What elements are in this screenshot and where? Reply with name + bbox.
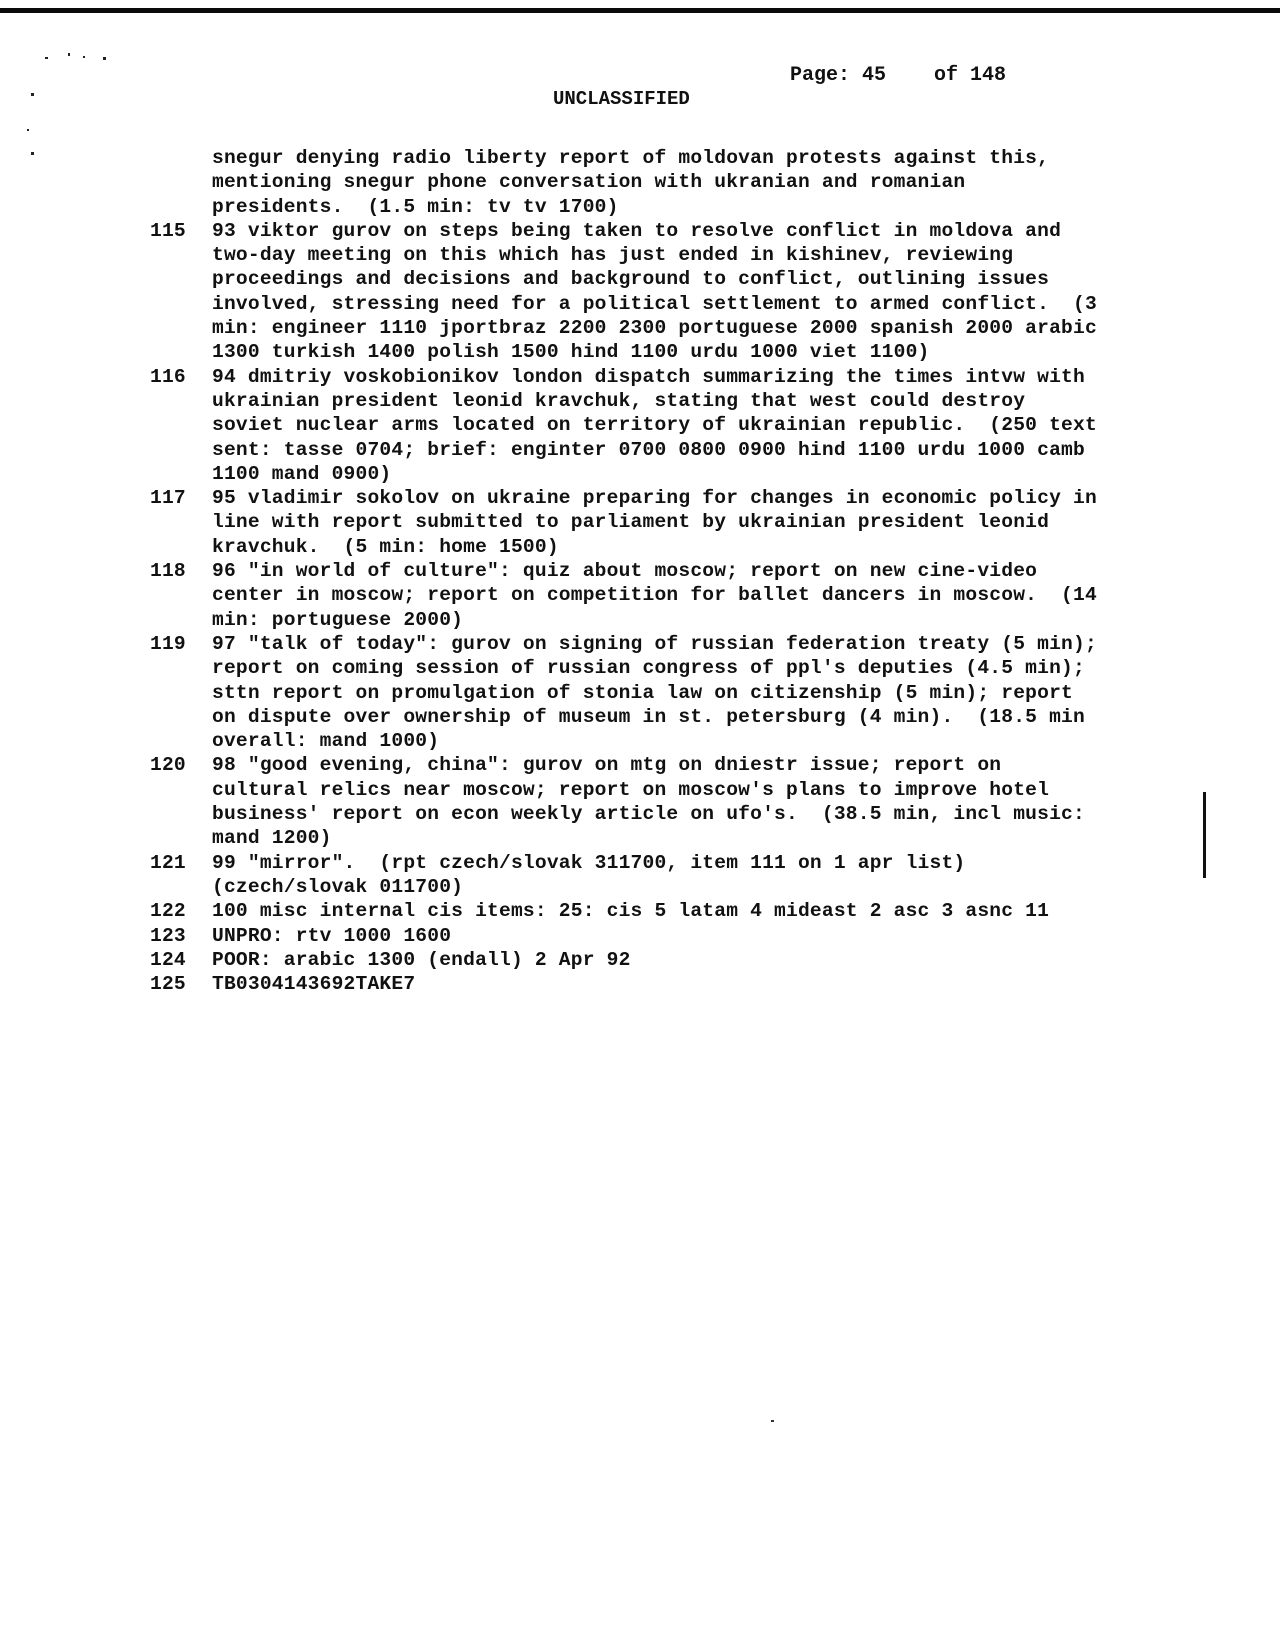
document-line: 125TB0304143692TAKE7 (150, 972, 1200, 996)
line-text: cultural relics near moscow; report on m… (212, 778, 1200, 802)
line-number (150, 535, 212, 559)
line-text: soviet nuclear arms located on territory… (212, 413, 1200, 437)
line-text: ukrainian president leonid kravchuk, sta… (212, 389, 1200, 413)
line-number (150, 583, 212, 607)
document-line: sttn report on promulgation of stonia la… (150, 681, 1200, 705)
page-number: Page: 45 (790, 64, 886, 87)
line-text: report on coming session of russian cong… (212, 656, 1200, 680)
line-text: 1300 turkish 1400 polish 1500 hind 1100 … (212, 340, 1200, 364)
line-text: 97 "talk of today": gurov on signing of … (212, 632, 1200, 656)
line-number (150, 389, 212, 413)
document-line: 11593 viktor gurov on steps being taken … (150, 219, 1200, 243)
document-line: overall: mand 1000) (150, 729, 1200, 753)
line-number: 124 (150, 948, 212, 972)
line-text: (czech/slovak 011700) (212, 875, 1200, 899)
line-number (150, 510, 212, 534)
document-line: line with report submitted to parliament… (150, 510, 1200, 534)
line-number: 120 (150, 753, 212, 777)
line-text: TB0304143692TAKE7 (212, 972, 1200, 996)
document-line: 11795 vladimir sokolov on ukraine prepar… (150, 486, 1200, 510)
line-number (150, 146, 212, 170)
document-line: soviet nuclear arms located on territory… (150, 413, 1200, 437)
line-text: POOR: arabic 1300 (endall) 2 Apr 92 (212, 948, 1200, 972)
document-line: on dispute over ownership of museum in s… (150, 705, 1200, 729)
document-line: 1300 turkish 1400 polish 1500 hind 1100 … (150, 340, 1200, 364)
line-text: min: engineer 1110 jportbraz 2200 2300 p… (212, 316, 1200, 340)
document-line: mand 1200) (150, 826, 1200, 850)
line-number: 118 (150, 559, 212, 583)
scan-speck (771, 1420, 774, 1422)
document-body: snegur denying radio liberty report of m… (150, 146, 1200, 996)
document-line: sent: tasse 0704; brief: enginter 0700 0… (150, 438, 1200, 462)
document-line: report on coming session of russian cong… (150, 656, 1200, 680)
line-number (150, 413, 212, 437)
document-line: presidents. (1.5 min: tv tv 1700) (150, 195, 1200, 219)
line-text: 95 vladimir sokolov on ukraine preparing… (212, 486, 1200, 510)
line-text: proceedings and decisions and background… (212, 267, 1200, 291)
document-line: 12098 "good evening, china": gurov on mt… (150, 753, 1200, 777)
document-line: involved, stressing need for a political… (150, 292, 1200, 316)
line-text: sttn report on promulgation of stonia la… (212, 681, 1200, 705)
line-number: 121 (150, 851, 212, 875)
scan-speck (45, 57, 48, 59)
line-text: 96 "in world of culture": quiz about mos… (212, 559, 1200, 583)
document-line: business' report on econ weekly article … (150, 802, 1200, 826)
classification-label: UNCLASSIFIED (553, 88, 690, 110)
document-line: ukrainian president leonid kravchuk, sta… (150, 389, 1200, 413)
scan-speck (31, 93, 34, 96)
line-text: 1100 mand 0900) (212, 462, 1200, 486)
line-number: 115 (150, 219, 212, 243)
line-text: 100 misc internal cis items: 25: cis 5 l… (212, 899, 1200, 923)
document-line: proceedings and decisions and background… (150, 267, 1200, 291)
line-text: sent: tasse 0704; brief: enginter 0700 0… (212, 438, 1200, 462)
page-total: of 148 (934, 64, 1006, 87)
line-text: involved, stressing need for a political… (212, 292, 1200, 316)
scan-speck (103, 57, 106, 60)
line-text: 99 "mirror". (rpt czech/slovak 311700, i… (212, 851, 1200, 875)
line-text: on dispute over ownership of museum in s… (212, 705, 1200, 729)
line-number (150, 826, 212, 850)
line-number (150, 608, 212, 632)
line-number (150, 267, 212, 291)
document-line: 1100 mand 0900) (150, 462, 1200, 486)
document-line: snegur denying radio liberty report of m… (150, 146, 1200, 170)
line-text: min: portuguese 2000) (212, 608, 1200, 632)
line-text: two-day meeting on this which has just e… (212, 243, 1200, 267)
document-line: 11997 "talk of today": gurov on signing … (150, 632, 1200, 656)
line-text: 93 viktor gurov on steps being taken to … (212, 219, 1200, 243)
line-text: overall: mand 1000) (212, 729, 1200, 753)
scan-speck (31, 152, 34, 155)
document-line: 11694 dmitriy voskobionikov london dispa… (150, 365, 1200, 389)
line-number (150, 170, 212, 194)
line-number: 125 (150, 972, 212, 996)
line-number (150, 316, 212, 340)
line-text: snegur denying radio liberty report of m… (212, 146, 1200, 170)
document-line: cultural relics near moscow; report on m… (150, 778, 1200, 802)
line-number: 123 (150, 924, 212, 948)
line-text: 98 "good evening, china": gurov on mtg o… (212, 753, 1200, 777)
line-number (150, 729, 212, 753)
margin-change-bar (1203, 792, 1206, 878)
line-number (150, 462, 212, 486)
document-line: 122100 misc internal cis items: 25: cis … (150, 899, 1200, 923)
page-indicator: Page: 45 of 148 (790, 64, 1006, 87)
line-number (150, 875, 212, 899)
document-line: min: engineer 1110 jportbraz 2200 2300 p… (150, 316, 1200, 340)
line-text: line with report submitted to parliament… (212, 510, 1200, 534)
document-line: two-day meeting on this which has just e… (150, 243, 1200, 267)
line-text: mand 1200) (212, 826, 1200, 850)
document-line: center in moscow; report on competition … (150, 583, 1200, 607)
line-text: center in moscow; report on competition … (212, 583, 1200, 607)
document-line: 123UNPRO: rtv 1000 1600 (150, 924, 1200, 948)
line-number (150, 292, 212, 316)
line-text: 94 dmitriy voskobionikov london dispatch… (212, 365, 1200, 389)
line-number: 116 (150, 365, 212, 389)
line-number (150, 340, 212, 364)
line-number: 122 (150, 899, 212, 923)
line-text: UNPRO: rtv 1000 1600 (212, 924, 1200, 948)
document-line: (czech/slovak 011700) (150, 875, 1200, 899)
document-line: 12199 "mirror". (rpt czech/slovak 311700… (150, 851, 1200, 875)
line-number (150, 802, 212, 826)
line-text: kravchuk. (5 min: home 1500) (212, 535, 1200, 559)
line-number: 119 (150, 632, 212, 656)
line-number (150, 705, 212, 729)
line-number: 117 (150, 486, 212, 510)
document-line: min: portuguese 2000) (150, 608, 1200, 632)
document-line: mentioning snegur phone conversation wit… (150, 170, 1200, 194)
line-number (150, 656, 212, 680)
document-line: 124POOR: arabic 1300 (endall) 2 Apr 92 (150, 948, 1200, 972)
document-line: 11896 "in world of culture": quiz about … (150, 559, 1200, 583)
scan-speck (27, 129, 29, 131)
document-line: kravchuk. (5 min: home 1500) (150, 535, 1200, 559)
line-text: mentioning snegur phone conversation wit… (212, 170, 1200, 194)
scan-speck (68, 53, 70, 56)
line-text: business' report on econ weekly article … (212, 802, 1200, 826)
scan-speck (83, 56, 85, 58)
scan-top-border (0, 8, 1280, 13)
line-number (150, 243, 212, 267)
line-number (150, 778, 212, 802)
line-number (150, 195, 212, 219)
line-text: presidents. (1.5 min: tv tv 1700) (212, 195, 1200, 219)
line-number (150, 681, 212, 705)
line-number (150, 438, 212, 462)
